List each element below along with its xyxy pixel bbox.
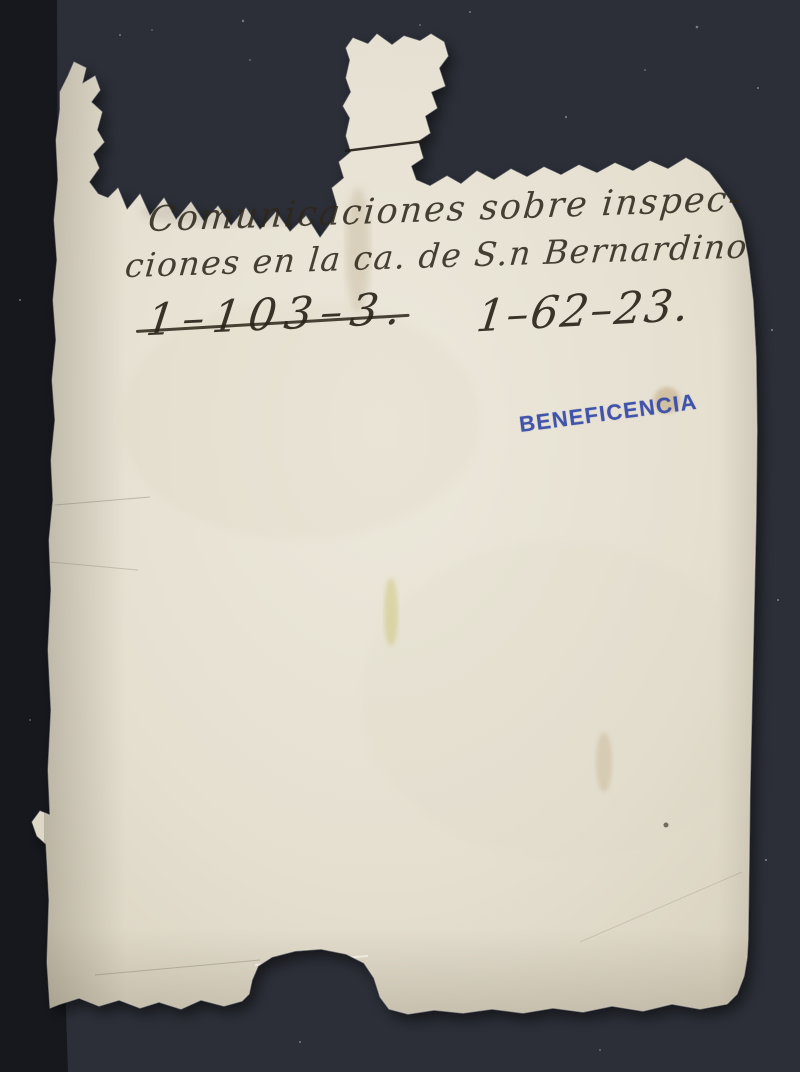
document-scan-artwork [0,0,800,1072]
scanned-document-page: Comunicaciones sobre inspec- ciones en l… [0,0,800,1072]
